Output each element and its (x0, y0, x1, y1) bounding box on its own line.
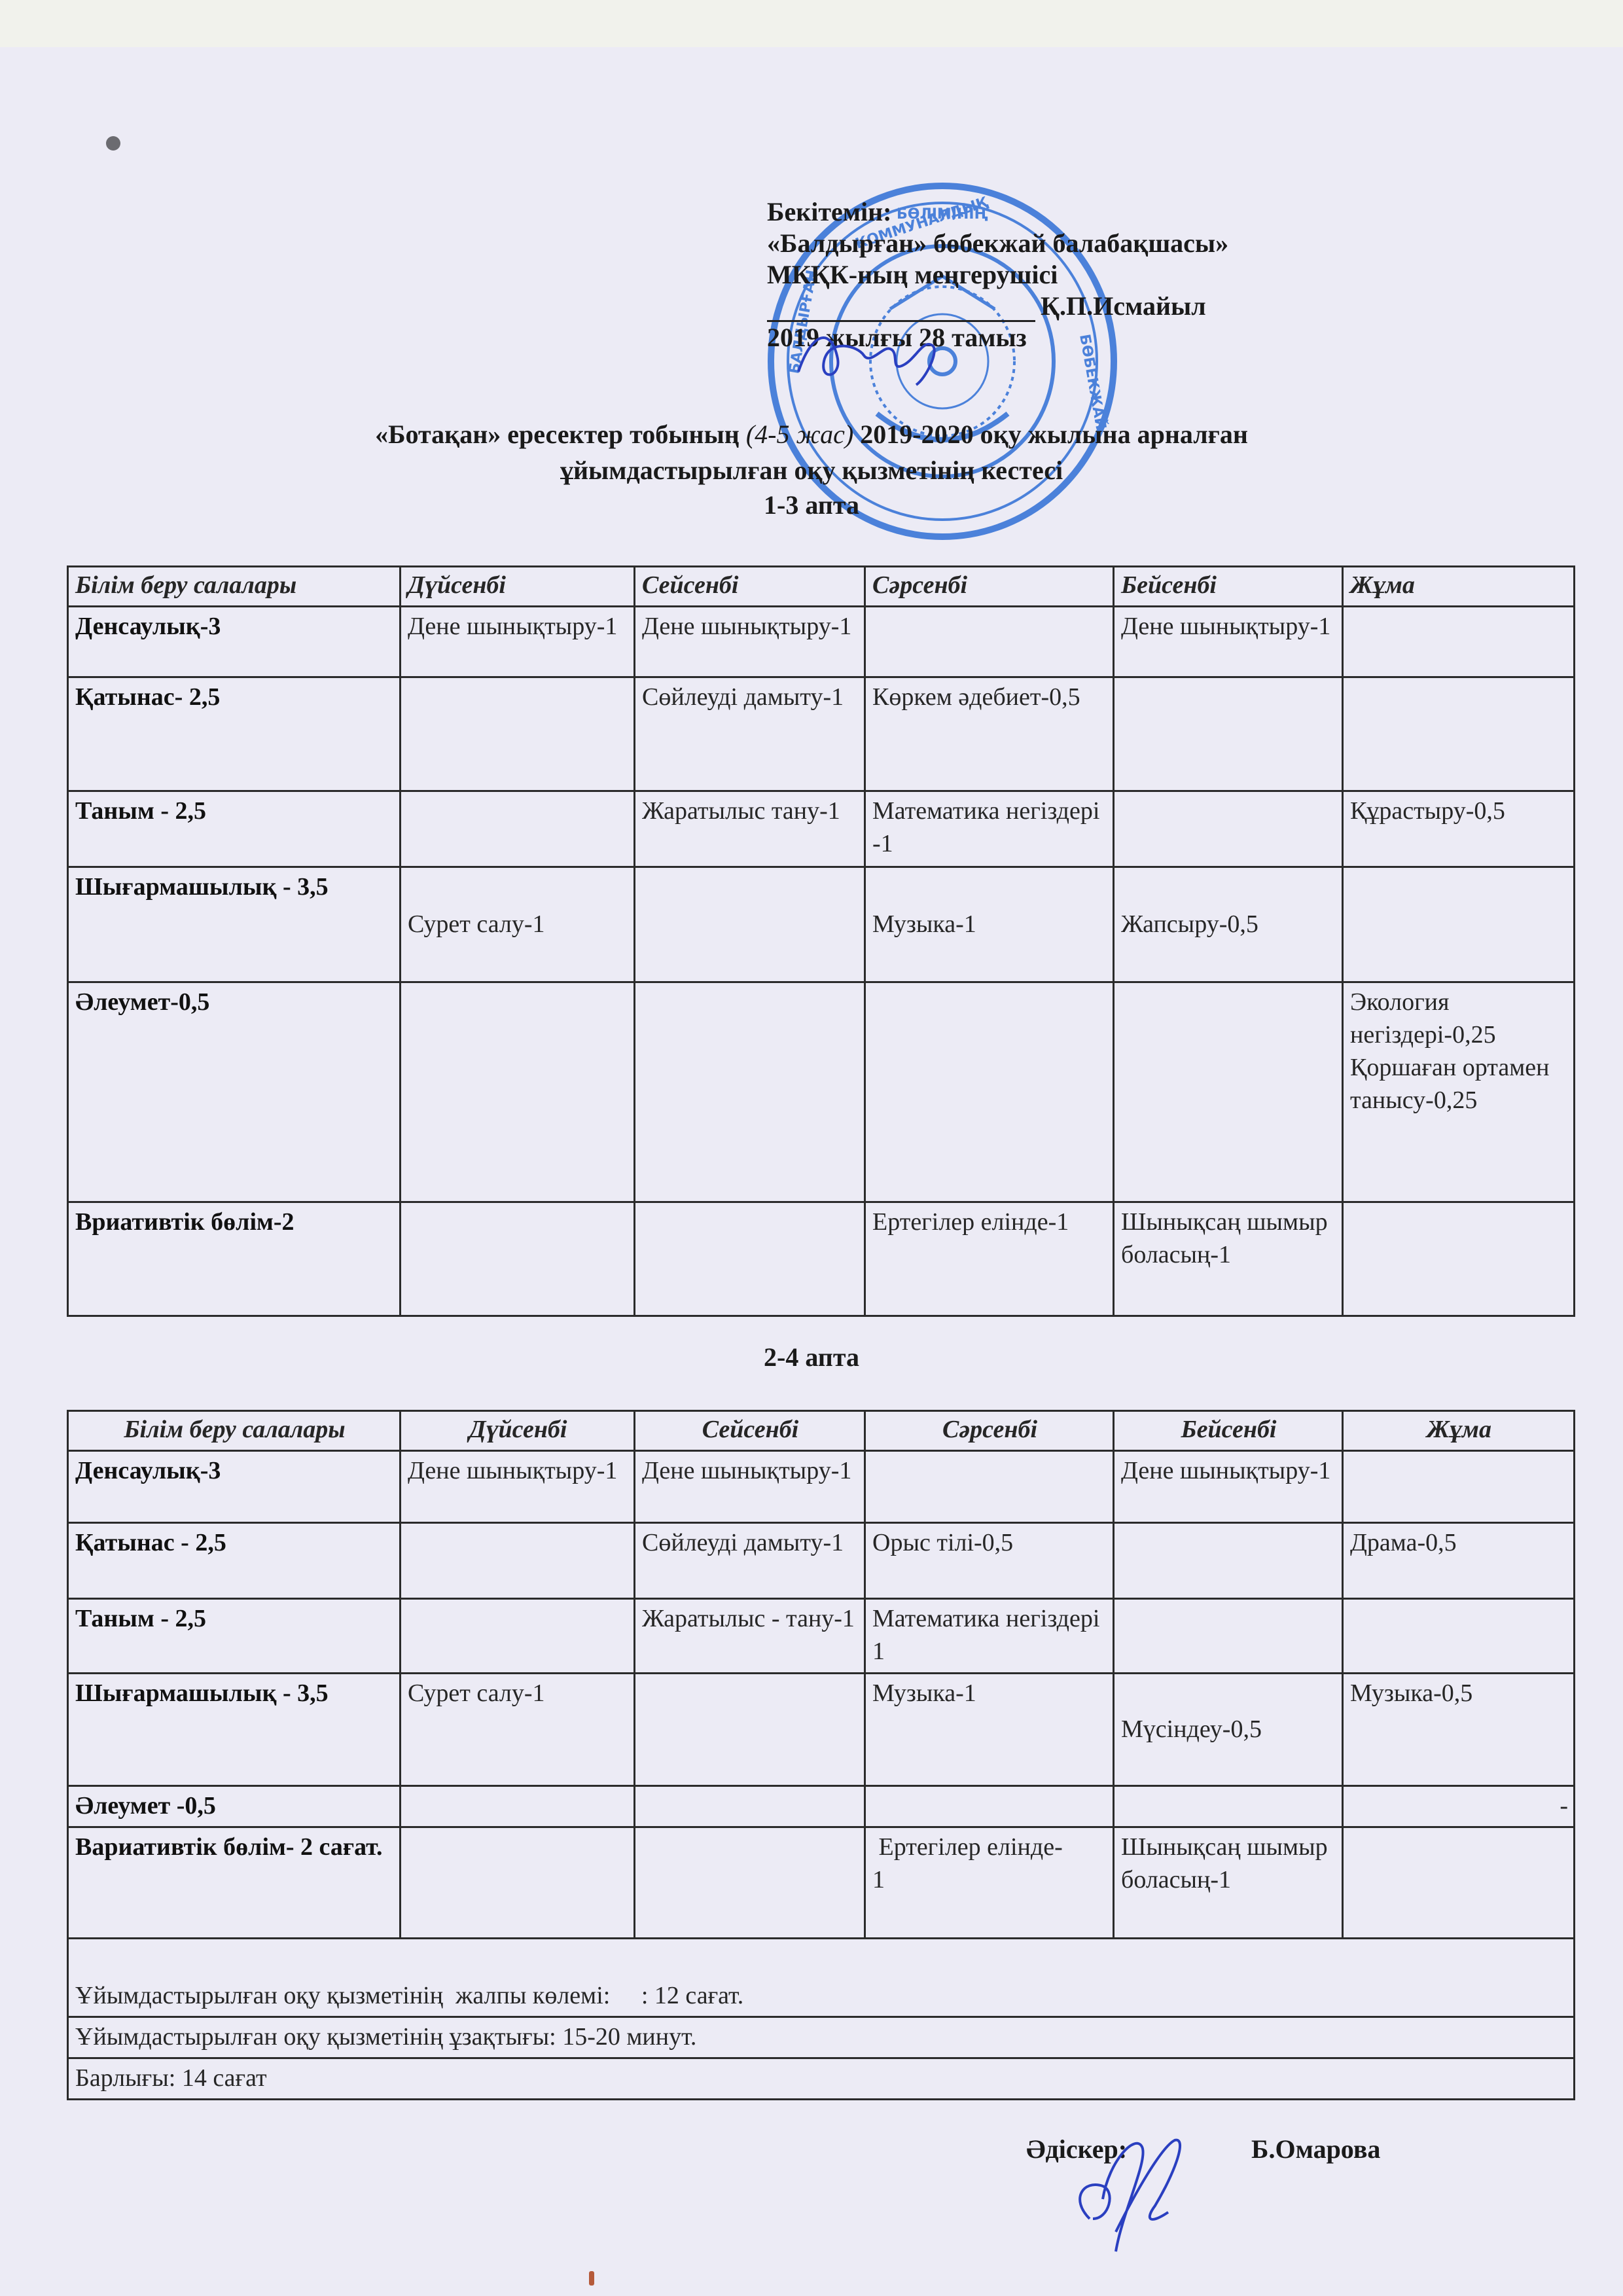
lesson-cell: Музыка-0,5 (1343, 1674, 1575, 1786)
lesson-cell (635, 867, 865, 982)
header-monday: Дүйсенбі (401, 1411, 635, 1451)
lesson-cell (1114, 982, 1343, 1202)
header-wednesday: Сәрсенбі (865, 1411, 1114, 1451)
lesson-cell: Сурет салу-1 (401, 867, 635, 982)
week2-label: 2-4 апта (0, 1342, 1623, 1372)
lesson-cell: Математика негіздері 1 (865, 1599, 1114, 1674)
header-tuesday: Сейсенбі (635, 1411, 865, 1451)
lesson-cell: Құрастыру-0,5 (1343, 791, 1575, 867)
lesson-cell (1343, 607, 1575, 677)
lesson-cell (401, 982, 635, 1202)
lesson-cell: Жапсыру-0,5 (1114, 867, 1343, 982)
director-signature-icon (792, 319, 949, 391)
lesson-cell (1114, 1786, 1343, 1827)
table-header-row: Білім беру салалары Дүйсенбі Сейсенбі Сә… (68, 567, 1575, 607)
lesson-cell (1114, 1523, 1343, 1599)
area-cell: Әлеумет-0,5 (68, 982, 401, 1202)
age-range: (4-5 жас) (746, 420, 853, 449)
area-cell: Таным - 2,5 (68, 791, 401, 867)
summary-row: Ұйымдастырылған оқу қызметінің ұзақтығы:… (68, 2017, 1575, 2058)
lesson-cell: Музыка-1 (865, 1674, 1114, 1786)
week2-schedule-table: Білім беру салалары Дүйсенбі Сейсенбі Сә… (67, 1410, 1575, 2100)
lesson-cell (401, 677, 635, 791)
lesson-cell: Математика негіздері -1 (865, 791, 1114, 867)
table-row: Қатынас - 2,5 Сөйлеуді дамыту-1 Орыс тіл… (68, 1523, 1575, 1599)
lesson-cell: Сөйлеуді дамыту-1 (635, 677, 865, 791)
area-cell: Қатынас - 2,5 (68, 1523, 401, 1599)
signature-line (767, 294, 1035, 322)
lesson-cell (1343, 677, 1575, 791)
table-row: Шығармашылық - 3,5 Сурет салу-1 Музыка-1… (68, 867, 1575, 982)
table-row: Таным - 2,5 Жаратылыс - тану-1 Математик… (68, 1599, 1575, 1674)
lesson-cell (401, 791, 635, 867)
table-row: Денсаулық-3 Дене шынықтыру-1 Дене шынықт… (68, 1451, 1575, 1523)
header-thursday: Бейсенбі (1114, 567, 1343, 607)
summary-row: Ұйымдастырылған оқу қызметінің жалпы көл… (68, 1939, 1575, 2017)
lesson-cell: - (1343, 1786, 1575, 1827)
lesson-cell (1114, 791, 1343, 867)
lesson-cell: Музыка-1 (865, 867, 1114, 982)
lesson-cell (865, 607, 1114, 677)
lesson-cell: Шынықсаң шымыр боласың-1 (1114, 1827, 1343, 1939)
lesson-cell: Дене шынықтыру-1 (1114, 607, 1343, 677)
lesson-cell (1343, 867, 1575, 982)
header-tuesday: Сейсенбі (635, 567, 865, 607)
document-title: «Ботақан» ересектер тобының (4-5 жас) 20… (0, 419, 1623, 450)
approver-name: Қ.П.Исмайыл (1041, 291, 1206, 322)
lesson-cell: Орыс тілі-0,5 (865, 1523, 1114, 1599)
table-row: Вриативтік бөлім-2 Ертегілер елінде-1 Шы… (68, 1202, 1575, 1316)
area-cell: Вариативтік бөлім- 2 сағат. (68, 1827, 401, 1939)
lesson-cell: Сурет салу-1 (401, 1674, 635, 1786)
kindergarten-name: «Балдырған» бөбекжай балабақшасы» (767, 228, 1228, 259)
area-cell: Шығармашылық - 3,5 (68, 1674, 401, 1786)
lesson-cell (1343, 1599, 1575, 1674)
lesson-cell: Экология негіздері-0,25 Қоршаған ортамен… (1343, 982, 1575, 1202)
document-subtitle: ұйымдастырылған оқу қызметінің кестесі (0, 455, 1623, 486)
lesson-cell: Дене шынықтыру-1 (401, 1451, 635, 1523)
area-cell: Шығармашылық - 3,5 (68, 867, 401, 982)
lesson-cell (1114, 1599, 1343, 1674)
lesson-cell (635, 1202, 865, 1316)
lesson-cell (635, 1827, 865, 1939)
header-areas: Білім беру салалары (68, 567, 401, 607)
approval-heading: Бекітемін: (767, 196, 1228, 228)
lesson-cell (401, 1202, 635, 1316)
lesson-cell: Дене шынықтыру-1 (635, 607, 865, 677)
header-friday: Жұма (1343, 567, 1575, 607)
approver-title: МКҚК-ның меңгерушісі (767, 259, 1228, 291)
lesson-cell: Дене шынықтыру-1 (1114, 1451, 1343, 1523)
lesson-cell (635, 1786, 865, 1827)
lesson-cell (1343, 1202, 1575, 1316)
scan-speck (589, 2271, 594, 2286)
methodologist-signature-icon (1063, 2121, 1194, 2265)
lesson-cell: Ертегілер елінде- 1 (865, 1827, 1114, 1939)
lesson-cell: Жаратылыс тану-1 (635, 791, 865, 867)
lesson-cell: Жаратылыс - тану-1 (635, 1599, 865, 1674)
table-row: Шығармашылық - 3,5 Сурет салу-1 Музыка-1… (68, 1674, 1575, 1786)
lesson-cell (401, 1599, 635, 1674)
signoff-name: Б.Омарова (1251, 2134, 1380, 2164)
summary-row: Барлығы: 14 сағат (68, 2058, 1575, 2100)
table-row: Әлеумет -0,5 - (68, 1786, 1575, 1827)
lesson-cell (635, 1674, 865, 1786)
lesson-cell: Шынықсаң шымыр боласың-1 (1114, 1202, 1343, 1316)
lesson-cell: Дене шынықтыру-1 (635, 1451, 865, 1523)
scan-top-edge (0, 0, 1623, 47)
total-hours: Барлығы: 14 сағат (68, 2058, 1575, 2100)
lesson-cell: Сөйлеуді дамыту-1 (635, 1523, 865, 1599)
lesson-cell (401, 1827, 635, 1939)
header-areas: Білім беру салалары (68, 1411, 401, 1451)
table-header-row: Білім беру салалары Дүйсенбі Сейсенбі Сә… (68, 1411, 1575, 1451)
area-cell: Қатынас- 2,5 (68, 677, 401, 791)
lesson-cell (865, 1451, 1114, 1523)
scan-speck (106, 136, 120, 151)
table-row: Қатынас- 2,5 Сөйлеуді дамыту-1 Көркем әд… (68, 677, 1575, 791)
lesson-cell (401, 1786, 635, 1827)
table-row: Таным - 2,5 Жаратылыс тану-1 Математика … (68, 791, 1575, 867)
area-cell: Денсаулық-3 (68, 607, 401, 677)
week1-schedule-table: Білім беру салалары Дүйсенбі Сейсенбі Сә… (67, 565, 1575, 1317)
lesson-cell (401, 1523, 635, 1599)
header-monday: Дүйсенбі (401, 567, 635, 607)
area-cell: Әлеумет -0,5 (68, 1786, 401, 1827)
lesson-cell: Ертегілер елінде-1 (865, 1202, 1114, 1316)
lesson-cell (1343, 1451, 1575, 1523)
area-cell: Вриативтік бөлім-2 (68, 1202, 401, 1316)
lesson-cell (865, 1786, 1114, 1827)
week1-label: 1-3 апта (0, 490, 1623, 520)
table-row: Әлеумет-0,5 Экология негіздері-0,25 Қорш… (68, 982, 1575, 1202)
table-row: Денсаулық-3 Дене шынықтыру-1 Дене шынықт… (68, 607, 1575, 677)
lesson-cell: Көркем әдебиет-0,5 (865, 677, 1114, 791)
lesson-cell: Дене шынықтыру-1 (401, 607, 635, 677)
header-wednesday: Сәрсенбі (865, 567, 1114, 607)
area-cell: Таным - 2,5 (68, 1599, 401, 1674)
area-cell: Денсаулық-3 (68, 1451, 401, 1523)
lesson-duration: Ұйымдастырылған оқу қызметінің ұзақтығы:… (68, 2017, 1575, 2058)
lesson-cell: Мүсіндеу-0,5 (1114, 1674, 1343, 1786)
header-friday: Жұма (1343, 1411, 1575, 1451)
total-volume: Ұйымдастырылған оқу қызметінің жалпы көл… (68, 1939, 1575, 2017)
lesson-cell (635, 982, 865, 1202)
table-row: Вариативтік бөлім- 2 сағат. Ертегілер ел… (68, 1827, 1575, 1939)
header-thursday: Бейсенбі (1114, 1411, 1343, 1451)
lesson-cell (1114, 677, 1343, 791)
lesson-cell (1343, 1827, 1575, 1939)
lesson-cell: Драма-0,5 (1343, 1523, 1575, 1599)
lesson-cell (865, 982, 1114, 1202)
